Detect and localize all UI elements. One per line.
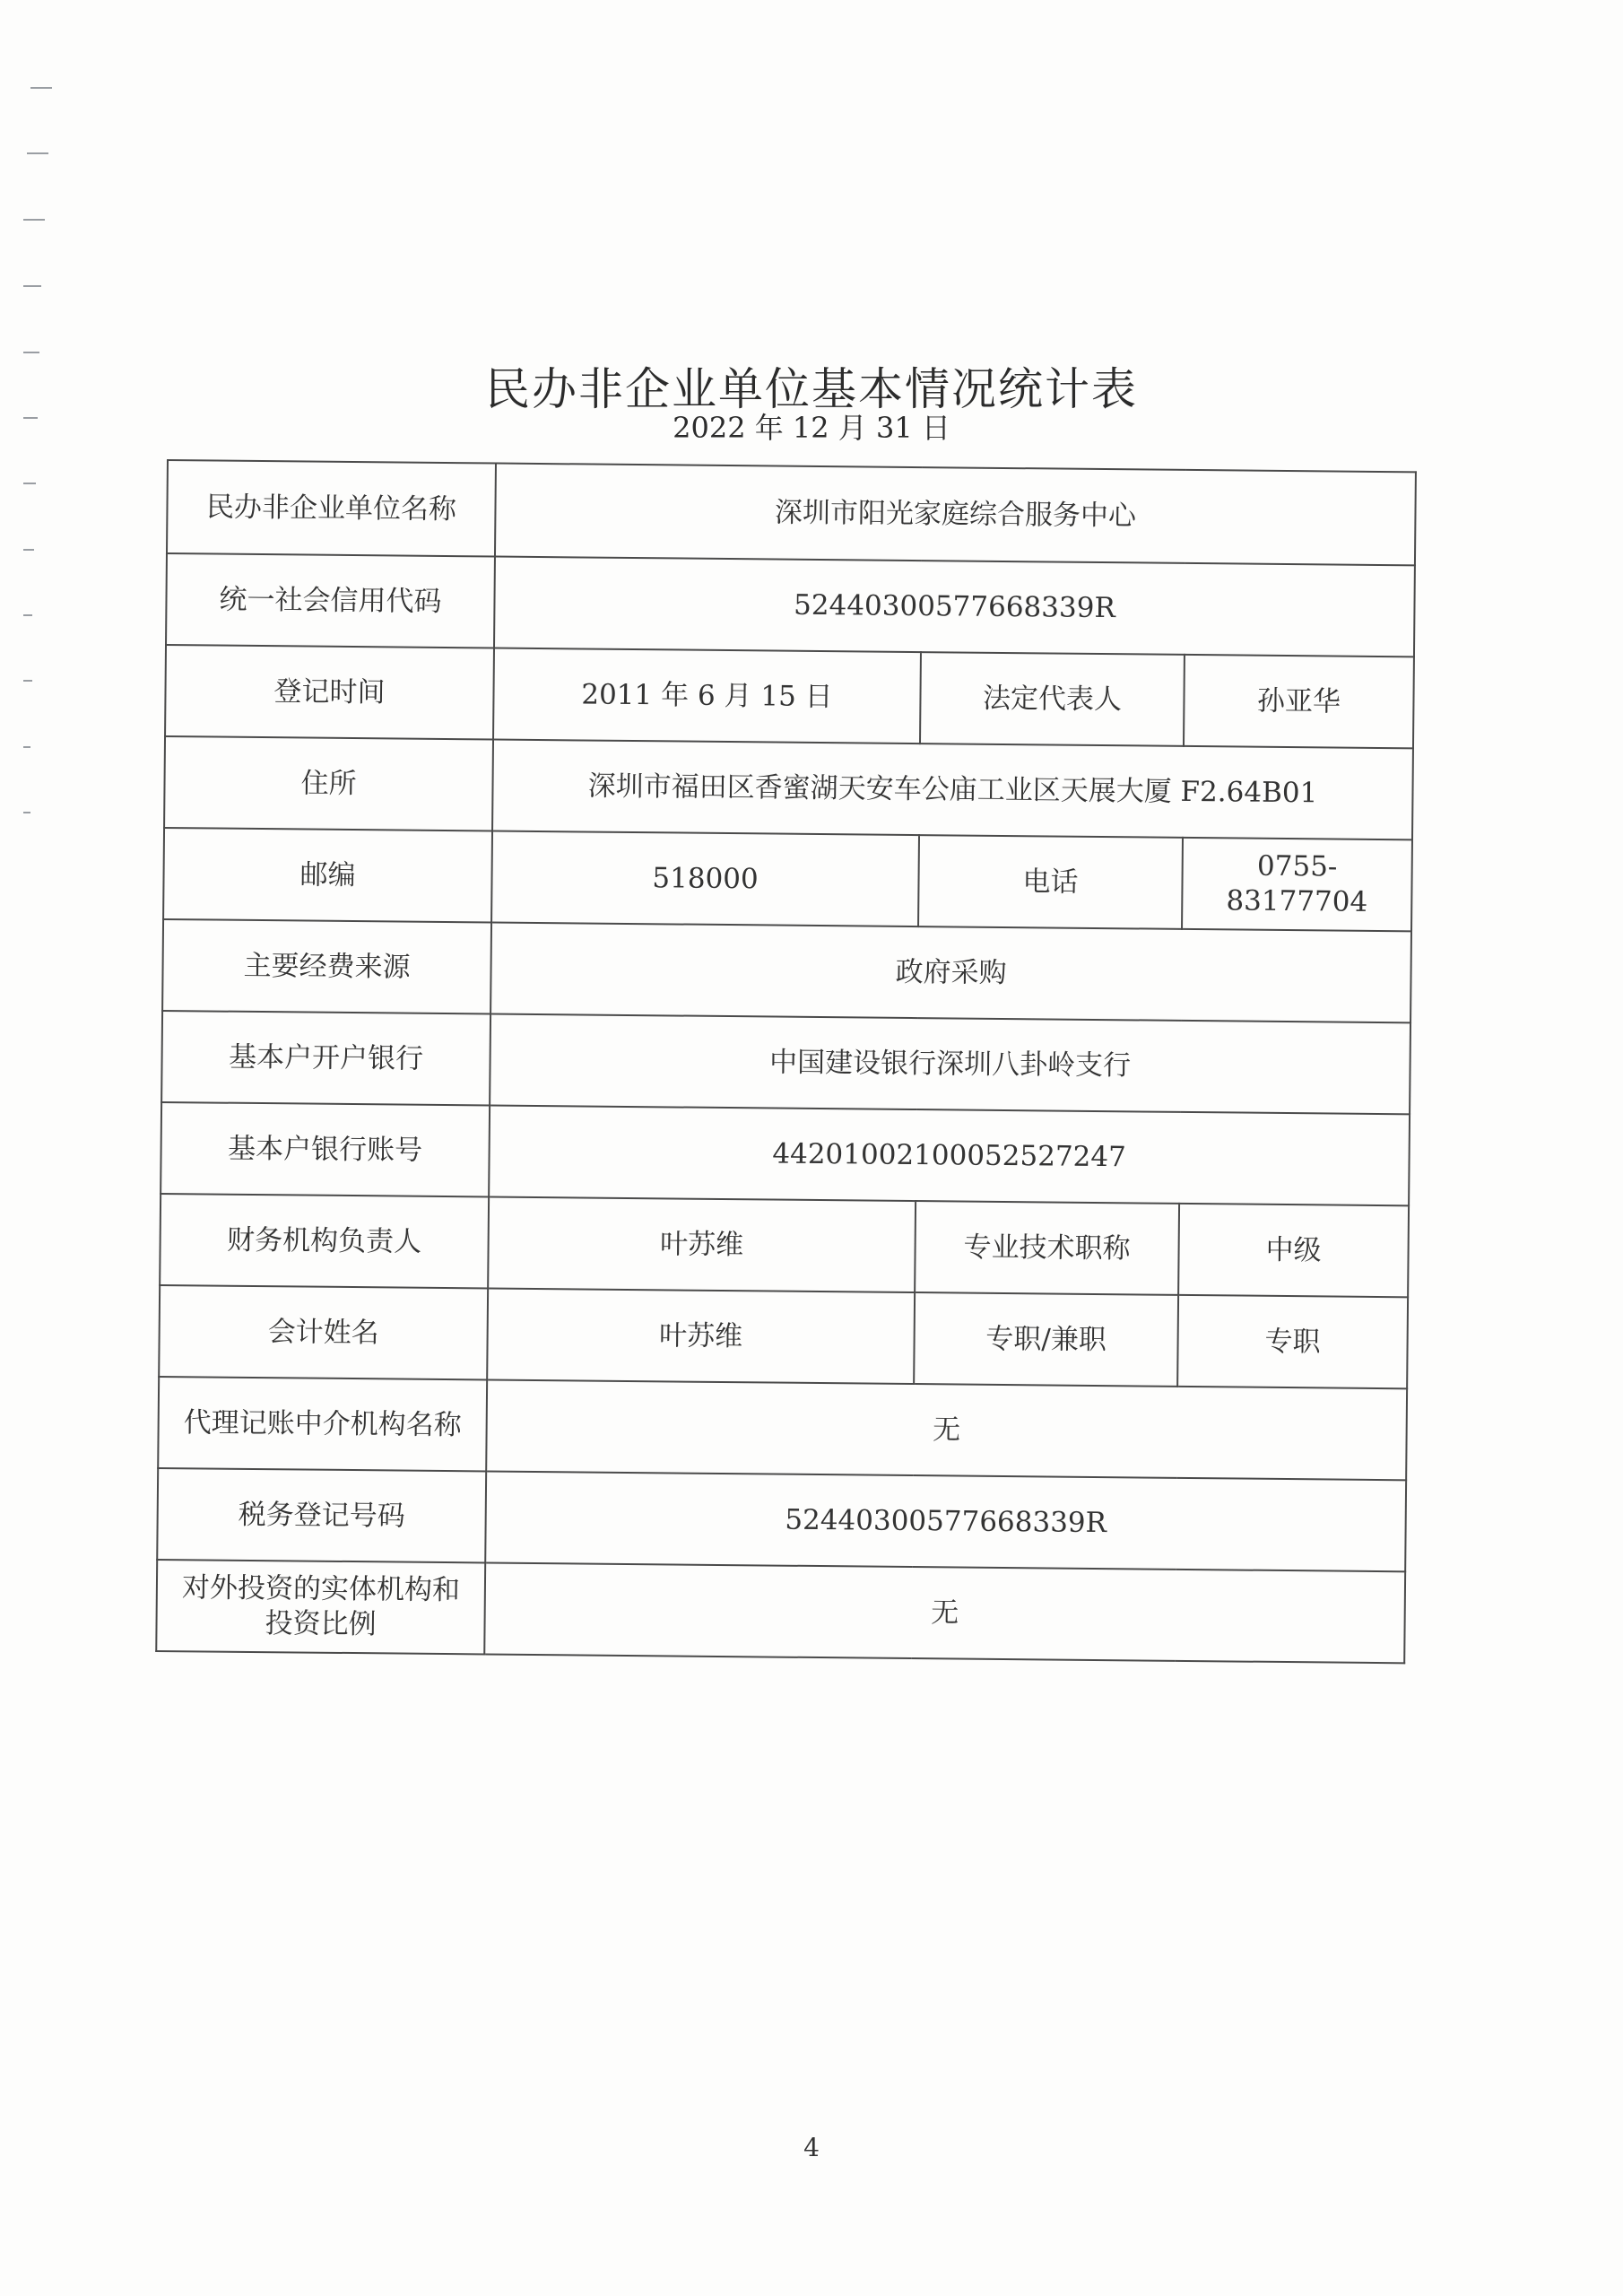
tax-id-value: 52440300577668339R xyxy=(485,1471,1406,1571)
bank-value: 中国建设银行深圳八卦岭支行 xyxy=(490,1013,1410,1114)
table-row-funding: 主要经费来源 政府采购 xyxy=(162,919,1411,1022)
registration-date-label: 登记时间 xyxy=(165,645,494,740)
table-row-org-name: 民办非企业单位名称 深圳市阳光家庭综合服务中心 xyxy=(167,460,1416,565)
scan-margin-mark xyxy=(23,680,32,682)
employment-type-label: 专职/兼职 xyxy=(914,1292,1178,1387)
table-row-finance-head: 财务机构负责人 叶苏维 专业技术职称 中级 xyxy=(160,1194,1409,1297)
phone-value: 0755-83177704 xyxy=(1182,838,1412,931)
scan-margin-mark xyxy=(23,483,36,484)
scan-margin-mark xyxy=(23,614,32,616)
scan-margin-mark xyxy=(23,549,34,551)
agency-value: 无 xyxy=(486,1379,1407,1480)
accountant-name-value: 叶苏维 xyxy=(487,1288,915,1384)
scan-margin-mark xyxy=(23,812,30,813)
professional-title-label: 专业技术职称 xyxy=(915,1201,1179,1295)
table-row-tax-id: 税务登记号码 52440300577668339R xyxy=(157,1468,1406,1571)
org-name-value: 深圳市阳光家庭综合服务中心 xyxy=(495,464,1416,566)
agency-label: 代理记账中介机构名称 xyxy=(158,1377,487,1472)
accountant-name-label: 会计姓名 xyxy=(159,1285,488,1380)
page-number: 4 xyxy=(0,2133,1623,2162)
finance-head-label: 财务机构负责人 xyxy=(160,1194,489,1289)
investment-label-line1: 对外投资的实体机构和 xyxy=(163,1570,479,1608)
document-date: 2022 年 12 月 31 日 xyxy=(0,405,1623,447)
postal-code-value: 518000 xyxy=(491,831,919,927)
account-number-value: 44201002100052527247 xyxy=(489,1105,1410,1205)
table-row-registration: 登记时间 2011 年 6 月 15 日 法定代表人 孙亚华 xyxy=(165,645,1414,748)
org-name-label: 民办非企业单位名称 xyxy=(167,460,496,557)
investment-label: 对外投资的实体机构和 投资比例 xyxy=(156,1560,485,1655)
bank-label: 基本户开户银行 xyxy=(161,1011,490,1106)
scan-margin-mark xyxy=(30,87,52,89)
table-row-investment: 对外投资的实体机构和 投资比例 无 xyxy=(156,1560,1405,1663)
funding-source-label: 主要经费来源 xyxy=(162,919,491,1014)
funding-source-value: 政府采购 xyxy=(490,922,1411,1022)
registration-date-value: 2011 年 6 月 15 日 xyxy=(493,648,921,744)
tax-id-label: 税务登记号码 xyxy=(157,1468,486,1563)
table-row-address: 住所 深圳市福田区香蜜湖天安车公庙工业区天展大厦 F2.64B01 xyxy=(164,736,1413,839)
scan-margin-mark xyxy=(23,285,41,287)
info-table: 民办非企业单位名称 深圳市阳光家庭综合服务中心 统一社会信用代码 5244030… xyxy=(155,459,1417,1664)
postal-code-label: 邮编 xyxy=(163,828,492,923)
table-row-credit-code: 统一社会信用代码 52440300577668339R xyxy=(166,553,1415,657)
table-row-agency: 代理记账中介机构名称 无 xyxy=(158,1377,1407,1480)
table-row-postal: 邮编 518000 电话 0755-83177704 xyxy=(163,828,1412,931)
phone-label: 电话 xyxy=(918,835,1183,929)
scan-margin-mark xyxy=(27,152,48,154)
scan-margin-mark xyxy=(23,219,45,221)
investment-value: 无 xyxy=(484,1562,1405,1663)
professional-title-value: 中级 xyxy=(1178,1204,1409,1297)
table-row-bank: 基本户开户银行 中国建设银行深圳八卦岭支行 xyxy=(161,1011,1410,1114)
account-number-label: 基本户银行账号 xyxy=(161,1102,490,1197)
legal-rep-value: 孙亚华 xyxy=(1184,655,1414,748)
address-label: 住所 xyxy=(164,736,493,831)
employment-type-value: 专职 xyxy=(1177,1295,1408,1388)
table-row-accountant: 会计姓名 叶苏维 专职/兼职 专职 xyxy=(159,1285,1408,1388)
scan-margin-mark xyxy=(23,746,30,748)
table-row-account: 基本户银行账号 44201002100052527247 xyxy=(161,1102,1410,1205)
credit-code-value: 52440300577668339R xyxy=(494,557,1415,657)
legal-rep-label: 法定代表人 xyxy=(920,652,1185,746)
info-table-container: 民办非企业单位名称 深圳市阳光家庭综合服务中心 统一社会信用代码 5244030… xyxy=(155,459,1422,1664)
credit-code-label: 统一社会信用代码 xyxy=(166,553,495,648)
address-value: 深圳市福田区香蜜湖天安车公庙工业区天展大厦 F2.64B01 xyxy=(492,740,1413,840)
investment-label-line2: 投资比例 xyxy=(162,1605,478,1643)
finance-head-value: 叶苏维 xyxy=(488,1196,916,1292)
